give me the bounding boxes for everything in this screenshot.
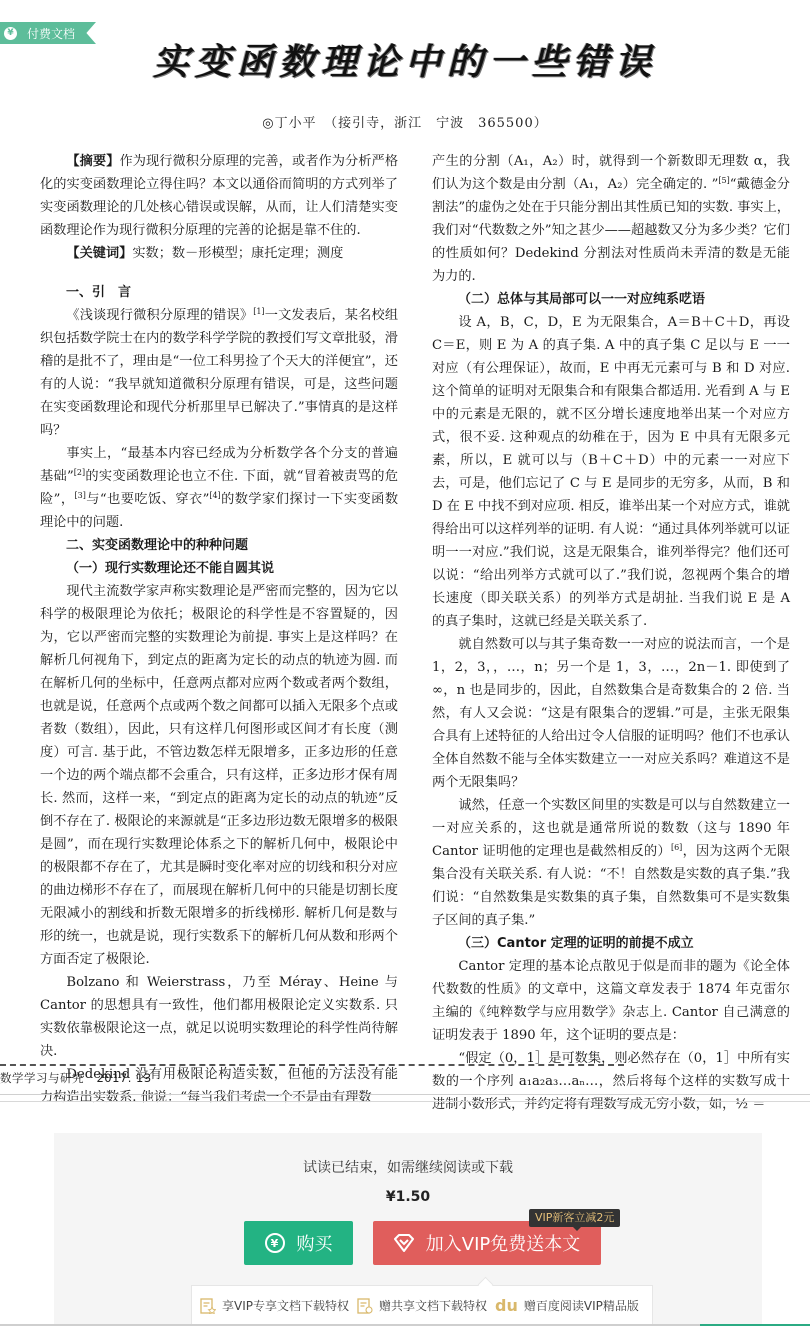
buy-button[interactable]: ¥ 购买 <box>244 1221 353 1265</box>
diamond-heart-icon <box>394 1234 414 1252</box>
subsection-heading-1: （一）现行实数理论还不能自圆其说 <box>40 557 398 580</box>
citation: [3] <box>74 491 85 500</box>
section-heading-intro: 一、引 言 <box>40 281 398 304</box>
keywords-label: 【关键词】 <box>66 246 132 261</box>
document-title: 实变函数理论中的一些错误 <box>0 34 810 85</box>
join-vip-button[interactable]: 加入VIP免费送本文 <box>373 1221 601 1265</box>
price: ¥1.50 <box>54 1189 762 1205</box>
paragraph: Bolzano 和 Weierstrass，乃至 Méray、Heine 与 C… <box>40 971 398 1063</box>
paragraph: 产生的分割（A₁，A₂）时，就得到一个新数即无理数 α，我们认为这个数是由分割（… <box>432 150 790 288</box>
page-separator <box>0 1094 810 1095</box>
paragraph: 设 A，B，C，D，E 为无限集合，A＝B＋C＋D，再设 C＝E，则 E 为 A… <box>432 311 790 633</box>
paywall-panel: 试读已结束，如需继续阅读或下载 ¥1.50 ¥ 购买 加入VIP免费送本文 VI… <box>54 1133 762 1326</box>
left-column: 【摘要】作为现行微积分原理的完善，或者作为分析严格化的实变函数理论立得住吗？本文… <box>40 150 398 1109</box>
vip-discount-tooltip: VIP新客立减2元 <box>529 1209 620 1227</box>
citation: [4] <box>209 491 220 500</box>
citation: [2] <box>74 468 85 477</box>
trial-ended-message: 试读已结束，如需继续阅读或下载 <box>54 1157 762 1177</box>
journal-name: 数学学习与研究 <box>0 1071 84 1085</box>
subsection-heading-3: （三）Cantor 定理的证明的前提不成立 <box>432 932 790 955</box>
perk-baidu-reading: du 赠百度阅读VIP精品版 <box>495 1296 639 1315</box>
citation: [1] <box>253 307 264 316</box>
author-line: ◎丁小平 （接引寺，浙江 宁波 365500） <box>0 112 810 131</box>
paragraph: “假定（0，1］是可数集，则必然存在（0，1］中所有实数的一个序列 a₁a₂a₃… <box>432 1047 790 1116</box>
journal-footer: 数学学习与研究 2017. 13 <box>0 1070 152 1086</box>
perk-vip-download: 享VIP专享文档下载特权 <box>200 1297 349 1314</box>
perk-shared-download: 赠共享文档下载特权 <box>357 1297 487 1314</box>
paragraph: 诚然，任意一个实数区间里的实数是可以与自然数建立一一对应关系的，这也就是通常所说… <box>432 794 790 932</box>
citation: [5] <box>718 176 729 185</box>
keywords-text: 实数；数－形模型；康托定理；测度 <box>132 246 343 261</box>
section-heading-problems: 二、实变函数理论中的种种问题 <box>40 534 398 557</box>
document-page: ¥ 付费文档 实变函数理论中的一些错误 ◎丁小平 （接引寺，浙江 宁波 3655… <box>0 0 810 1092</box>
abstract: 【摘要】作为现行微积分原理的完善，或者作为分析严格化的实变函数理论立得住吗？本文… <box>40 150 398 242</box>
du-logo-icon: du <box>495 1296 518 1315</box>
paragraph: 现代主流数学家声称实数理论是严密而完整的，因为它以科学的极限理论为依托；极限论的… <box>40 580 398 971</box>
join-vip-label: 加入VIP免费送本文 <box>426 1230 580 1256</box>
abstract-label: 【摘要】 <box>66 154 119 169</box>
doc-refresh-icon <box>357 1298 373 1314</box>
footer-divider <box>0 1064 624 1066</box>
citation: [6] <box>671 843 682 852</box>
keywords: 【关键词】实数；数－形模型；康托定理；测度 <box>40 242 398 265</box>
journal-issue: 2017. 13 <box>96 1071 151 1085</box>
doc-star-icon <box>200 1298 216 1314</box>
paragraph: 《浅谈现行微积分原理的错误》[1]一文发表后，某名校组织包括数学院士在内的数学科… <box>40 304 398 442</box>
yen-circle-icon: ¥ <box>265 1233 285 1253</box>
vip-perks-bar: 享VIP专享文档下载特权 赠共享文档下载特权 du 赠百度阅读VIP精品版 <box>191 1285 653 1326</box>
buy-button-label: 购买 <box>297 1230 333 1256</box>
paragraph: 事实上，“最基本内容已经成为分析数学各个分支的普遍基础”[2]的实变函数理论也立… <box>40 442 398 534</box>
paragraph: 就自然数可以与其子集奇数一一对应的说法而言，一个是 1，2，3，，…，n；另一个… <box>432 633 790 794</box>
subsection-heading-2: （二）总体与其局部可以一一对应纯系呓语 <box>432 288 790 311</box>
page-separator <box>0 1101 810 1102</box>
right-column: 产生的分割（A₁，A₂）时，就得到一个新数即无理数 α，我们认为这个数是由分割（… <box>432 150 790 1116</box>
paragraph: Cantor 定理的基本论点散见于似是而非的题为《论全体代数数的性质》的文章中，… <box>432 955 790 1047</box>
